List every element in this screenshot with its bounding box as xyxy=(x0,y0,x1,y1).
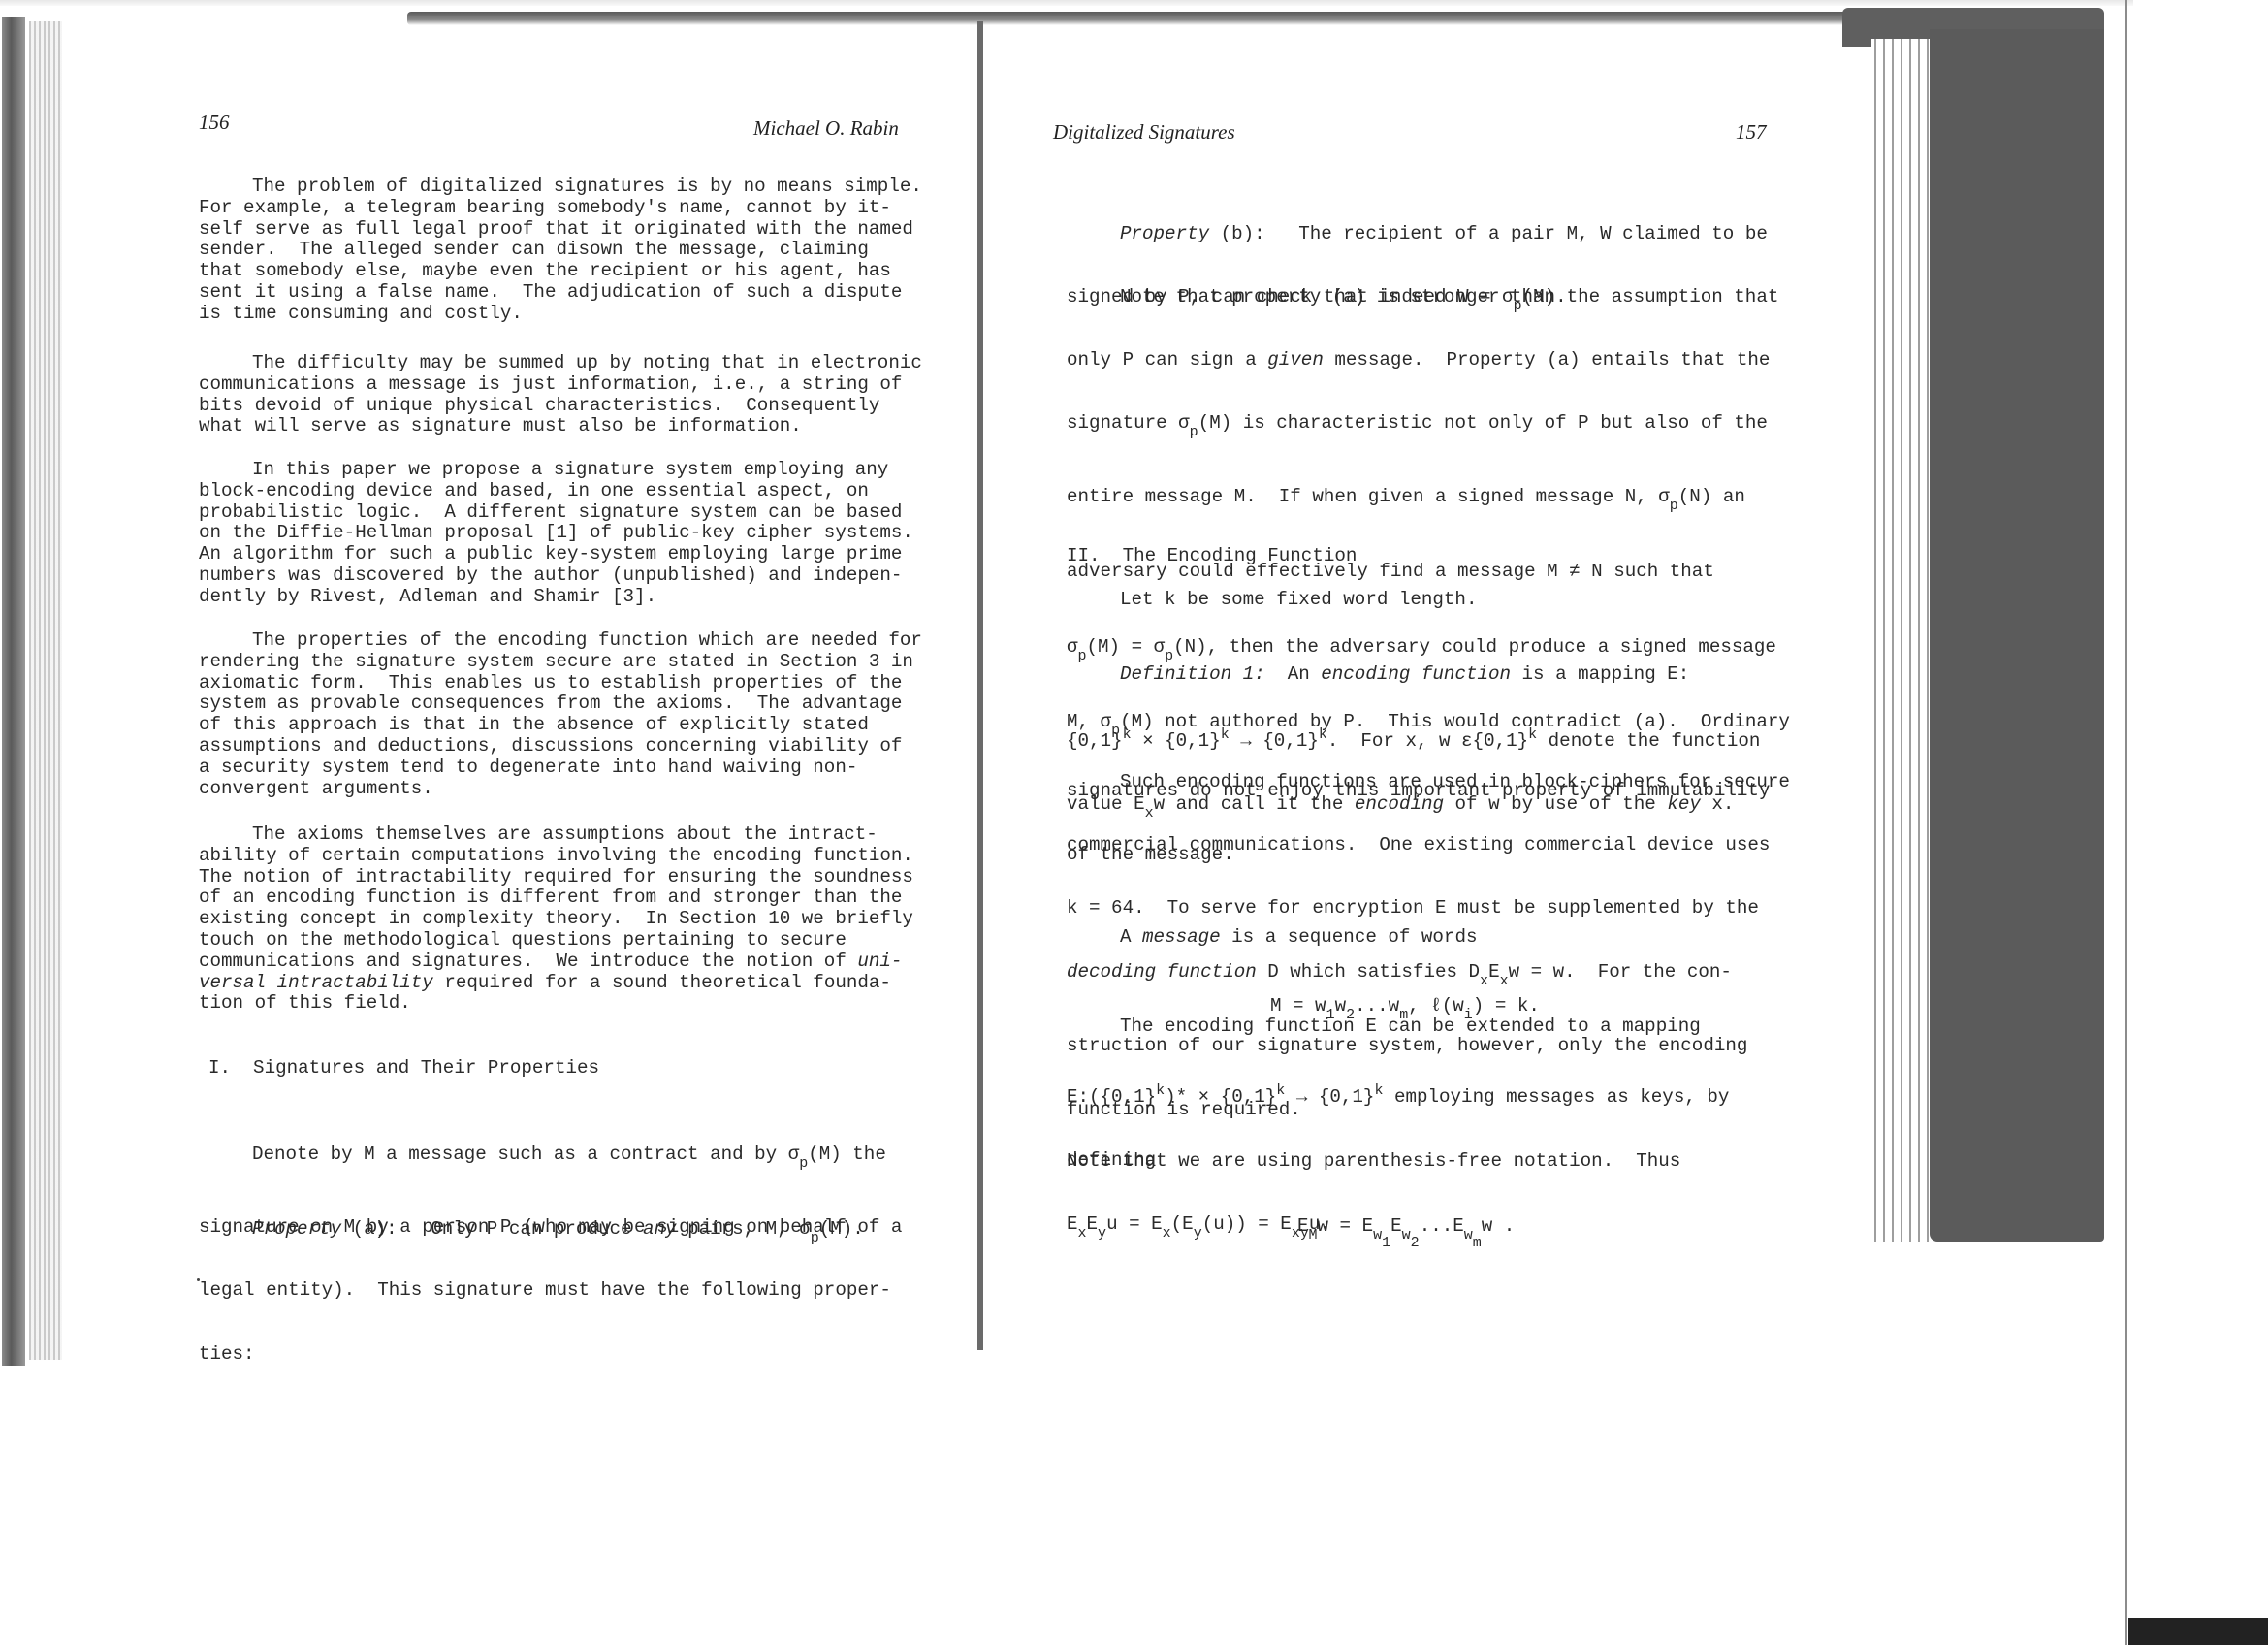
paragraph-denote: Denote by M a message such as a contract… xyxy=(199,1102,902,1407)
text-line: what will serve as signature must also b… xyxy=(199,416,922,437)
left-page: 156 Michael O. Rabin The problem of digi… xyxy=(199,0,916,339)
text: Denote by M a message such as a contract… xyxy=(252,1144,788,1165)
text-line: sender. The alleged sender can disown th… xyxy=(199,240,922,261)
text-line: axiomatic form. This enables us to estab… xyxy=(199,673,922,694)
text: E:({0,1} xyxy=(1067,1086,1156,1108)
text-line: touch on the methodological questions pe… xyxy=(199,930,913,952)
text-line: sent it using a false name. The adjudica… xyxy=(199,282,922,304)
right-page: Digitalized Signatures 157 Property (b):… xyxy=(1067,0,1784,423)
text-line: probabilistic logic. A different signatu… xyxy=(199,502,913,524)
scanner-corner xyxy=(2128,1618,2268,1645)
text-line: of this approach is that in the absence … xyxy=(199,715,922,736)
paragraph-proposal: In this paper we propose a signature sys… xyxy=(199,460,913,608)
text-line: The notion of intractability required fo… xyxy=(199,867,913,888)
book-cover-shadow xyxy=(1930,29,2104,1242)
text: (b): The recipient of a pair M, W claime… xyxy=(1209,223,1768,244)
text: only P can sign a xyxy=(1067,349,1267,371)
text: (a): Only P can produce xyxy=(341,1218,643,1240)
formula-composition: ExEyu = Ex(Ey(u)) = Exyu. xyxy=(1067,1214,1680,1236)
text: pairs, M, xyxy=(677,1218,800,1240)
text-line: rendering the signature system secure ar… xyxy=(199,652,922,673)
property-a: Property (a): Only P can produce any pai… xyxy=(199,1219,864,1241)
running-head-title: Digitalized Signatures xyxy=(1053,122,1235,144)
text-line: versal intractability required for a sou… xyxy=(199,973,913,994)
book-left-page-edges xyxy=(29,21,62,1360)
text-line: assumptions and deductions, discussions … xyxy=(199,736,922,758)
paragraph-difficulty: The difficulty may be summed up by notin… xyxy=(199,353,922,437)
page-number: 156 xyxy=(199,113,230,134)
text-line: The difficulty may be summed up by notin… xyxy=(199,353,922,374)
sigma-symbol: σ xyxy=(799,1218,811,1240)
text-line: The properties of the encoding function … xyxy=(199,630,922,652)
text-line: self serve as full legal proof that it o… xyxy=(199,219,922,241)
book-right-page-edges xyxy=(1871,39,1930,1242)
text-line: commercial communications. One existing … xyxy=(1067,835,1790,856)
emphasis: encoding function xyxy=(1321,663,1511,685)
text-line: convergent arguments. xyxy=(199,779,922,800)
text: A xyxy=(1120,926,1142,948)
section-heading: I. Signatures and Their Properties xyxy=(208,1058,599,1080)
text-line: ties: xyxy=(199,1344,902,1366)
text: is a sequence of words xyxy=(1221,926,1478,948)
text-line: communications a message is just informa… xyxy=(199,374,922,396)
emphasis: message xyxy=(1142,926,1221,948)
text: (M) the xyxy=(808,1144,886,1165)
text-line: tion of this field. xyxy=(199,993,913,1015)
running-head-author: Michael O. Rabin xyxy=(753,118,899,140)
text: (N) an xyxy=(1678,486,1745,507)
text-line: block-encoding device and based, in one … xyxy=(199,481,913,502)
sigma-symbol: σ xyxy=(788,1144,800,1165)
text: (M). xyxy=(819,1218,864,1240)
text: entire message M. If when given a signed… xyxy=(1067,486,1658,507)
section-heading: II. The Encoding Function xyxy=(1067,546,1357,567)
text: An xyxy=(1265,663,1322,685)
text-line: The problem of digitalized signatures is… xyxy=(199,177,922,198)
scan-speck xyxy=(197,1278,200,1281)
text: )* × {0,1} xyxy=(1165,1086,1276,1108)
paragraph-properties: The properties of the encoding function … xyxy=(199,630,922,799)
book-left-spine xyxy=(2,17,25,1366)
paragraph-axioms: The axioms themselves are assumptions ab… xyxy=(199,824,913,1015)
text-line: Such encoding functions are used in bloc… xyxy=(1067,772,1790,793)
text-line: existing concept in complexity theory. I… xyxy=(199,909,913,930)
text-line: dently by Rivest, Adleman and Shamir [3]… xyxy=(199,587,913,608)
text-line: In this paper we propose a signature sys… xyxy=(199,460,913,481)
text-line: The encoding function E can be extended … xyxy=(1067,1016,1729,1038)
subscript: p xyxy=(799,1155,808,1172)
text-line: numbers was discovered by the author (un… xyxy=(199,565,913,587)
subscript: p xyxy=(811,1230,819,1246)
text: employing messages as keys, by xyxy=(1383,1086,1729,1108)
emphasis: given xyxy=(1267,349,1324,371)
text-line: An algorithm for such a public key-syste… xyxy=(199,544,913,565)
book-gutter xyxy=(977,21,983,1350)
text: (M) is characteristic not only of P but … xyxy=(1198,412,1768,434)
text-line: a security system tend to degenerate int… xyxy=(199,758,922,779)
text-line: Note that we are using parenthesis-free … xyxy=(1067,1151,1680,1173)
paragraph-notation: Note that we are using parenthesis-free … xyxy=(1067,1109,1680,1277)
emphasis: any xyxy=(643,1218,677,1240)
text: message. Property (a) entails that the xyxy=(1324,349,1771,371)
text-line: communications and signatures. We introd… xyxy=(199,952,913,973)
text-line: Let k be some fixed word length. xyxy=(1067,590,1477,611)
text: is a mapping E: xyxy=(1511,663,1689,685)
property-label: Property xyxy=(1120,223,1209,244)
property-label: Property xyxy=(252,1218,341,1240)
page-number: 157 xyxy=(1736,122,1767,144)
text-line: bits devoid of unique physical character… xyxy=(199,396,922,417)
text-line: is time consuming and costly. xyxy=(199,304,922,325)
text-line: legal entity). This signature must have … xyxy=(199,1280,902,1302)
text-line: system as provable consequences from the… xyxy=(199,693,922,715)
text-line: that somebody else, maybe even the recip… xyxy=(199,261,922,282)
paragraph-intro: The problem of digitalized signatures is… xyxy=(199,177,922,325)
text-line: ability of certain computations involvin… xyxy=(199,846,913,867)
text-line: For example, a telegram bearing somebody… xyxy=(199,198,922,219)
definition-label: Definition 1: xyxy=(1120,663,1265,685)
text-line: on the Diffie-Hellman proposal [1] of pu… xyxy=(199,523,913,544)
scanner-edge-line xyxy=(2125,0,2127,1645)
text: signature xyxy=(1067,412,1178,434)
text-line: Note that property (a) is stronger than … xyxy=(1067,287,1790,308)
text-line: of an encoding function is different fro… xyxy=(199,887,913,909)
text: → {0,1} xyxy=(1285,1086,1374,1108)
text-line: The axioms themselves are assumptions ab… xyxy=(199,824,913,846)
